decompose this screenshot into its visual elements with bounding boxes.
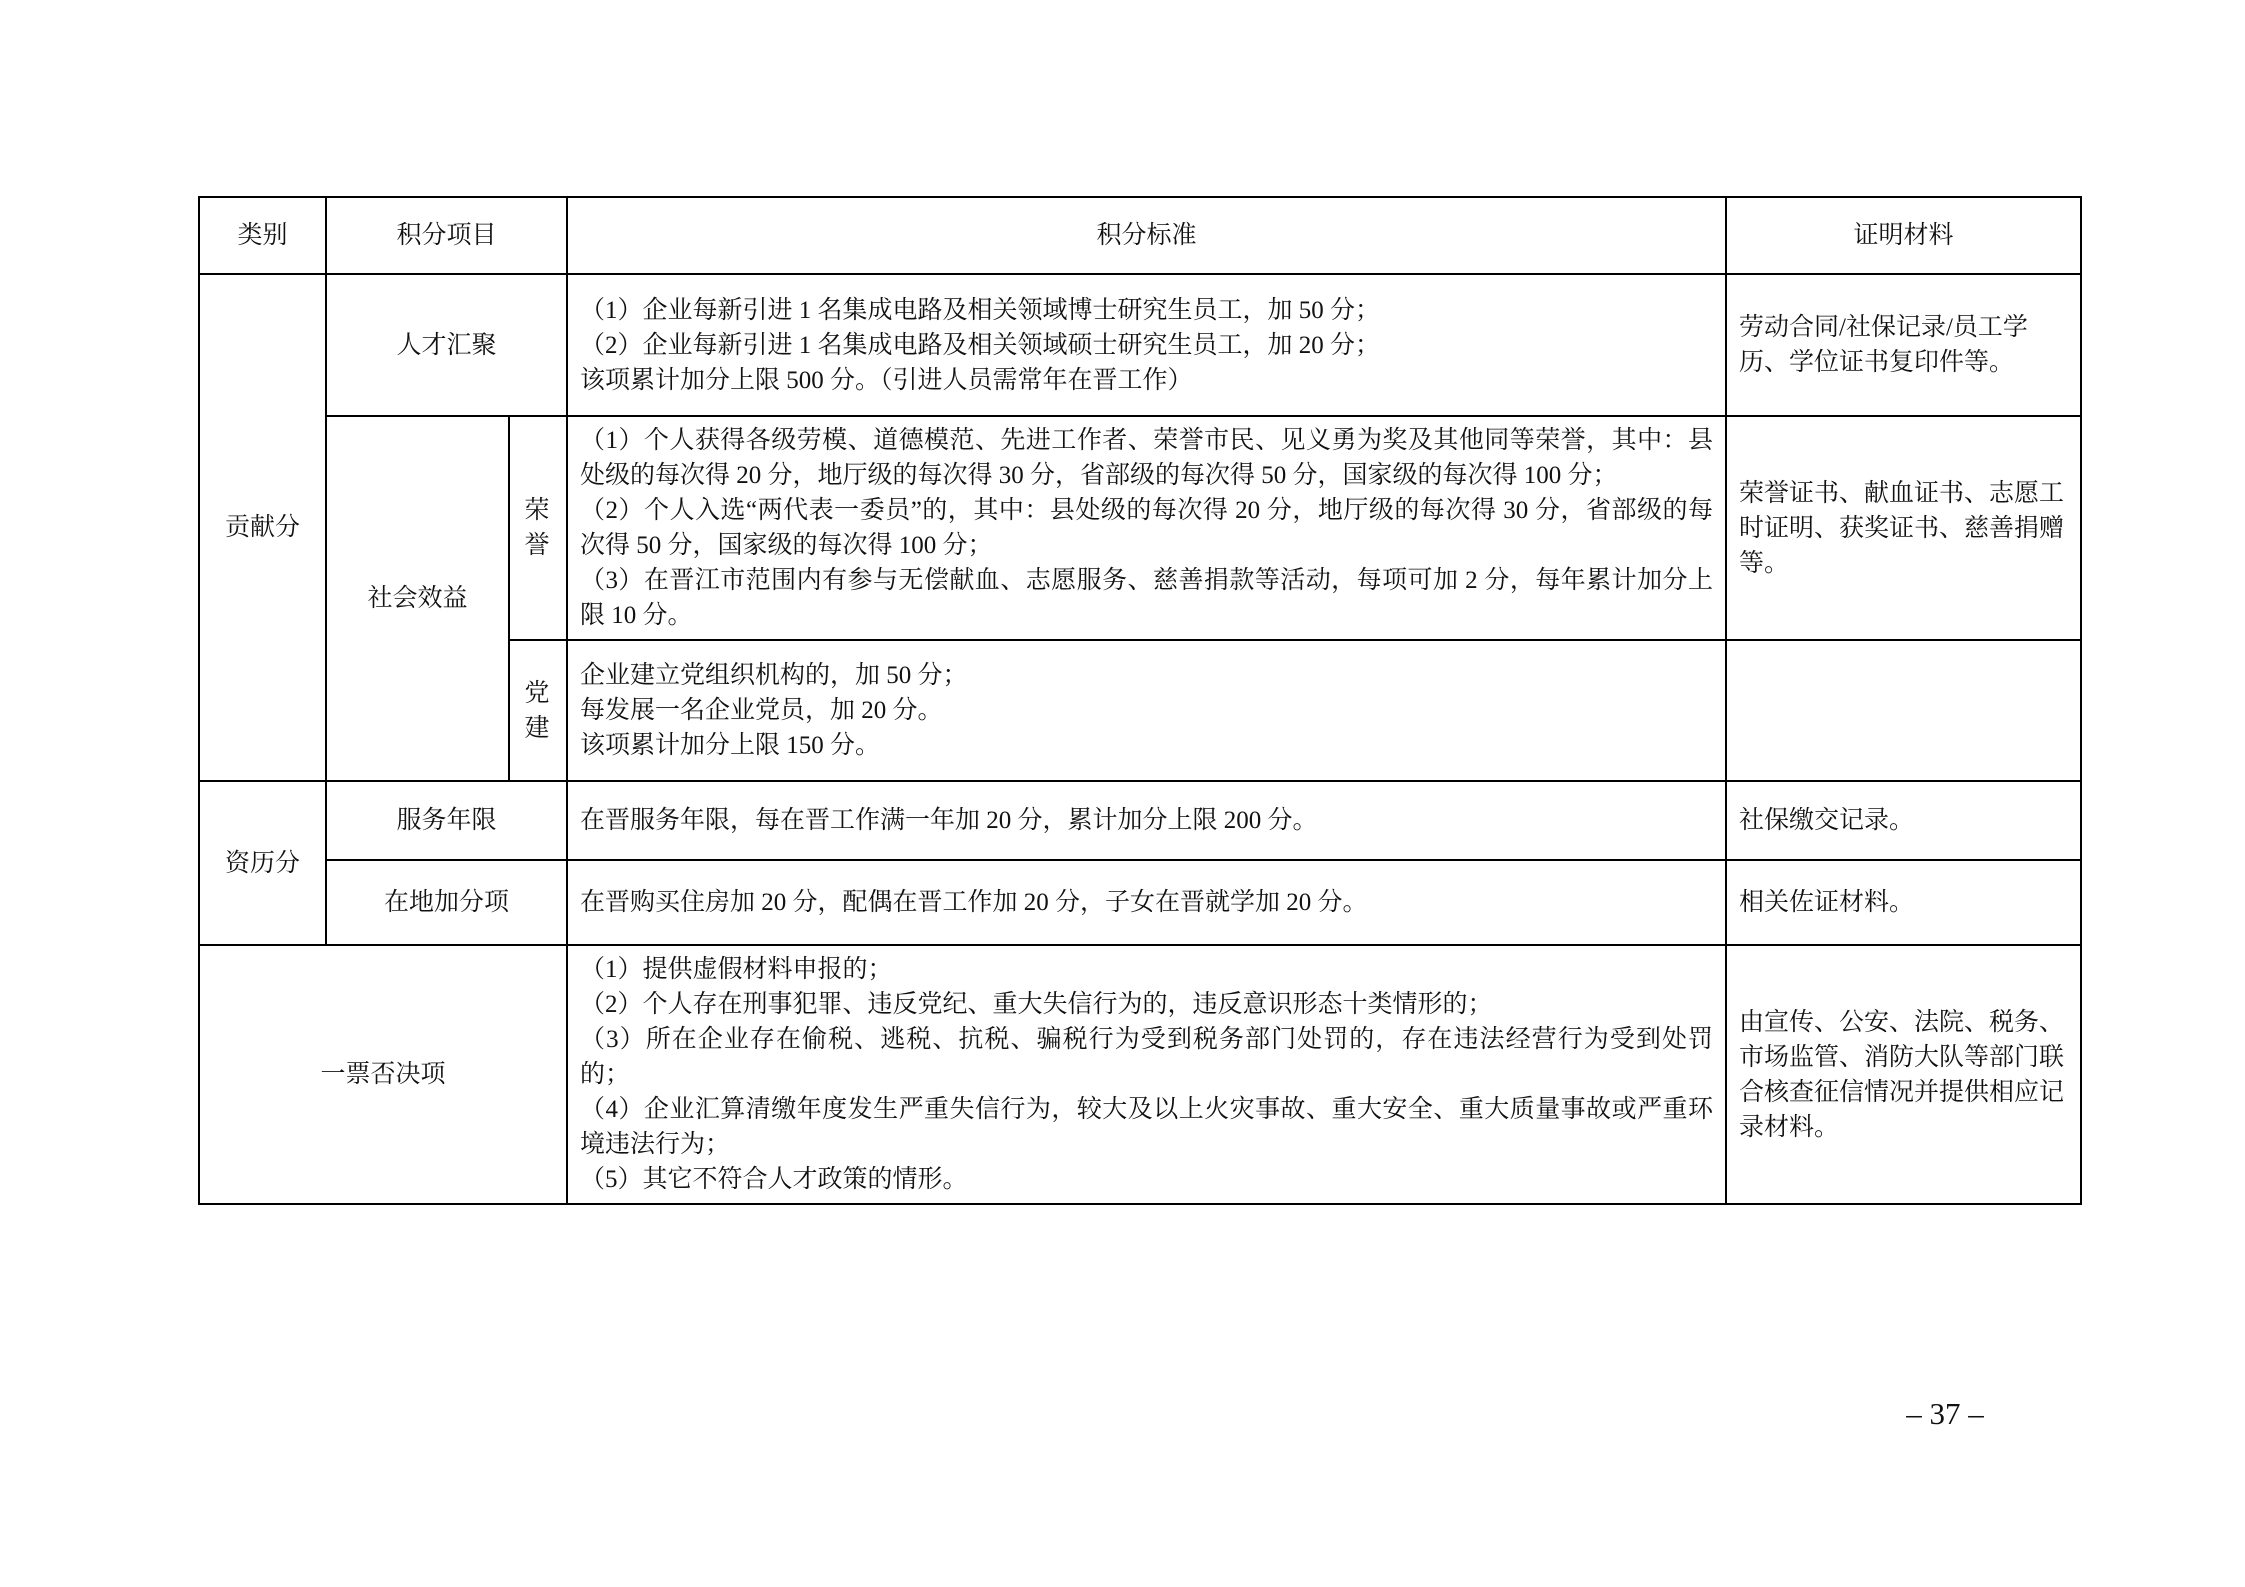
- item-service-years: 服务年限: [326, 781, 567, 860]
- standard-service-line-1: 在晋服务年限，每在晋工作满一年加 20 分，累计加分上限 200 分。: [580, 803, 1713, 838]
- standard-talent-line-1: （1）企业每新引进 1 名集成电路及相关领域博士研究生员工，加 50 分；: [580, 293, 1713, 328]
- sub-item-party: 党建: [509, 640, 567, 781]
- header-proof: 证明材料: [1726, 197, 2081, 274]
- page-number: – 37 –: [1845, 1396, 2045, 1432]
- standard-honor-line-1: （1）个人获得各级劳模、道德模范、先进工作者、荣誉市民、见义勇为奖及其他同等荣誉…: [580, 423, 1713, 493]
- standard-service-years: 在晋服务年限，每在晋工作满一年加 20 分，累计加分上限 200 分。: [567, 781, 1726, 860]
- standard-veto-line-5: （5）其它不符合人才政策的情形。: [580, 1162, 1713, 1197]
- standard-honor-line-3: （3）在晋江市范围内有参与无偿献血、志愿服务、慈善捐款等活动，每项可加 2 分，…: [580, 563, 1713, 633]
- standard-talent-line-2: （2）企业每新引进 1 名集成电路及相关领域硕士研究生员工，加 20 分；: [580, 328, 1713, 363]
- item-veto: 一票否决项: [199, 945, 567, 1204]
- category-seniority: 资历分: [199, 781, 326, 945]
- header-standard: 积分标准: [567, 197, 1726, 274]
- item-social-benefit: 社会效益: [326, 416, 509, 781]
- standard-party: 企业建立党组织机构的，加 50 分； 每发展一名企业党员，加 20 分。 该项累…: [567, 640, 1726, 781]
- proof-service-years: 社保缴交记录。: [1726, 781, 2081, 860]
- header-item: 积分项目: [326, 197, 567, 274]
- standard-talent: （1）企业每新引进 1 名集成电路及相关领域博士研究生员工，加 50 分； （2…: [567, 274, 1726, 416]
- table-row-local-bonus: 在地加分项 在晋购买住房加 20 分，配偶在晋工作加 20 分，子女在晋就学加 …: [199, 860, 2081, 945]
- category-contribution: 贡献分: [199, 274, 326, 781]
- standard-veto: （1）提供虚假材料申报的； （2）个人存在刑事犯罪、违反党纪、重大失信行为的，违…: [567, 945, 1726, 1204]
- header-category: 类别: [199, 197, 326, 274]
- standard-veto-line-2: （2）个人存在刑事犯罪、违反党纪、重大失信行为的，违反意识形态十类情形的；: [580, 987, 1713, 1022]
- score-criteria-table: 类别 积分项目 积分标准 证明材料 贡献分 人才汇聚 （1）企业每新引进 1 名…: [198, 196, 2082, 1205]
- sub-item-honor: 荣誉: [509, 416, 567, 640]
- standard-talent-line-3: 该项累计加分上限 500 分。（引进人员需常年在晋工作）: [580, 363, 1713, 398]
- table-row-service: 资历分 服务年限 在晋服务年限，每在晋工作满一年加 20 分，累计加分上限 20…: [199, 781, 2081, 860]
- proof-party-empty: [1726, 640, 2081, 781]
- standard-party-line-3: 该项累计加分上限 150 分。: [580, 728, 1713, 763]
- standard-honor-line-2: （2）个人入选“两代表一委员”的，其中：县处级的每次得 20 分，地厅级的每次得…: [580, 493, 1713, 563]
- item-talent: 人才汇聚: [326, 274, 567, 416]
- standard-local-bonus: 在晋购买住房加 20 分，配偶在晋工作加 20 分，子女在晋就学加 20 分。: [567, 860, 1726, 945]
- item-local-bonus: 在地加分项: [326, 860, 567, 945]
- document-page: { "page_number": "– 37 –", "colors": { "…: [0, 0, 2245, 1587]
- standard-party-line-2: 每发展一名企业党员，加 20 分。: [580, 693, 1713, 728]
- proof-talent: 劳动合同/社保记录/员工学历、学位证书复印件等。: [1726, 274, 2081, 416]
- standard-veto-line-4: （4）企业汇算清缴年度发生严重失信行为，较大及以上火灾事故、重大安全、重大质量事…: [580, 1092, 1713, 1162]
- standard-veto-line-3: （3）所在企业存在偷税、逃税、抗税、骗税行为受到税务部门处罚的，存在违法经营行为…: [580, 1022, 1713, 1092]
- table-row-talent: 贡献分 人才汇聚 （1）企业每新引进 1 名集成电路及相关领域博士研究生员工，加…: [199, 274, 2081, 416]
- standard-honor: （1）个人获得各级劳模、道德模范、先进工作者、荣誉市民、见义勇为奖及其他同等荣誉…: [567, 416, 1726, 640]
- proof-honor: 荣誉证书、献血证书、志愿工时证明、获奖证书、慈善捐赠等。: [1726, 416, 2081, 640]
- standard-local-line-1: 在晋购买住房加 20 分，配偶在晋工作加 20 分，子女在晋就学加 20 分。: [580, 885, 1713, 920]
- table-row-veto: 一票否决项 （1）提供虚假材料申报的； （2）个人存在刑事犯罪、违反党纪、重大失…: [199, 945, 2081, 1204]
- proof-local-bonus: 相关佐证材料。: [1726, 860, 2081, 945]
- standard-veto-line-1: （1）提供虚假材料申报的；: [580, 952, 1713, 987]
- proof-veto: 由宣传、公安、法院、税务、市场监管、消防大队等部门联合核查征信情况并提供相应记录…: [1726, 945, 2081, 1204]
- standard-party-line-1: 企业建立党组织机构的，加 50 分；: [580, 658, 1713, 693]
- table-row-honor: 社会效益 荣誉 （1）个人获得各级劳模、道德模范、先进工作者、荣誉市民、见义勇为…: [199, 416, 2081, 640]
- score-criteria-table-wrap: 类别 积分项目 积分标准 证明材料 贡献分 人才汇聚 （1）企业每新引进 1 名…: [198, 196, 2080, 1205]
- table-header-row: 类别 积分项目 积分标准 证明材料: [199, 197, 2081, 274]
